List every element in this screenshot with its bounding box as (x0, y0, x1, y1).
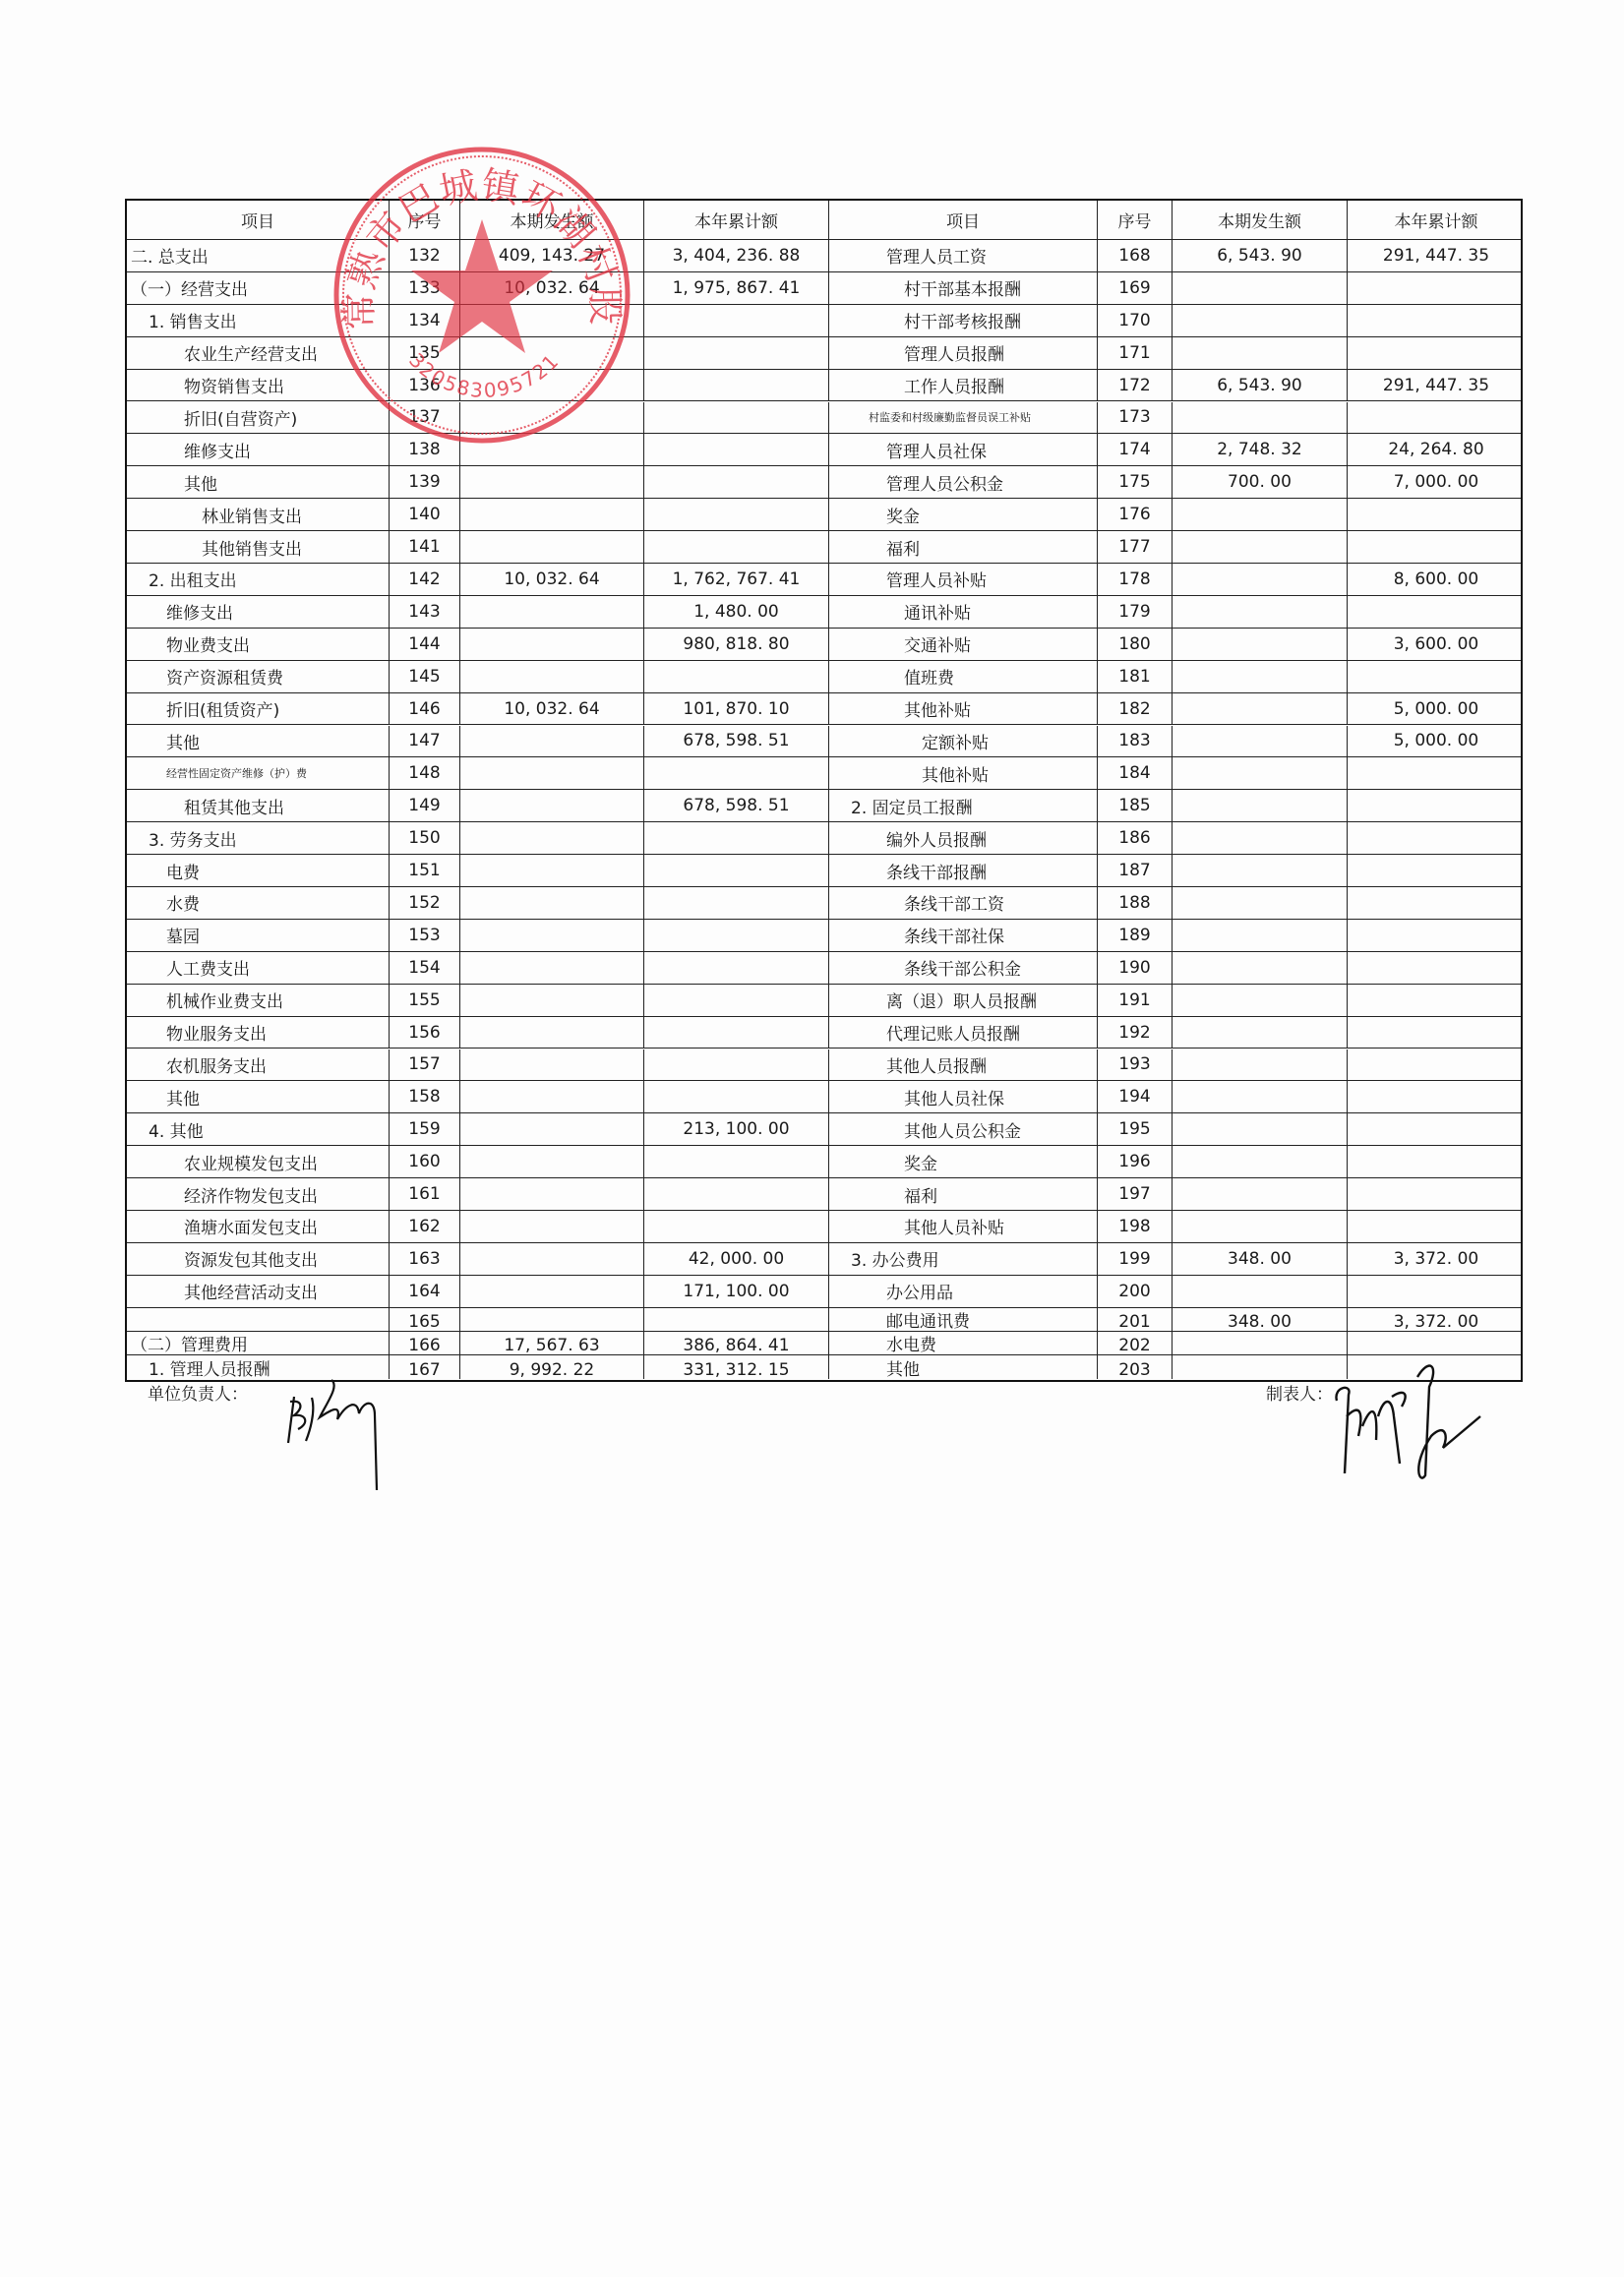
left-line-no: 167 (390, 1355, 460, 1379)
left-line-no: 134 (390, 305, 460, 336)
left-item: 经营性固定资产维修（护）费 (127, 757, 390, 789)
right-item: 通讯补贴 (829, 596, 1098, 628)
left-ytd-amount: 331, 312. 15 (644, 1355, 829, 1379)
left-ytd-amount (644, 531, 829, 563)
right-item: 工作人员报酬 (829, 370, 1098, 401)
right-ytd-amount: 8, 600. 00 (1348, 564, 1525, 595)
right-ytd-amount (1348, 596, 1525, 628)
left-item: 其他经营活动支出 (127, 1276, 390, 1307)
left-ytd-amount (644, 920, 829, 951)
left-line-no: 165 (390, 1308, 460, 1331)
table-row: 资源发包其他支出16342, 000. 003. 办公费用199348. 003… (127, 1243, 1521, 1276)
table-header-row: 项目序号本期发生额本年累计额项目序号本期发生额本年累计额 (127, 201, 1521, 240)
left-ytd-amount (644, 1049, 829, 1081)
right-current-amount (1173, 305, 1348, 336)
left-ytd-amount (644, 822, 829, 854)
document-page: 项目序号本期发生额本年累计额项目序号本期发生额本年累计额 二. 总支出13240… (0, 0, 1624, 2277)
table-row: 林业销售支出140奖金176 (127, 499, 1521, 531)
table-row: 2. 出租支出14210, 032. 641, 762, 767. 41管理人员… (127, 564, 1521, 596)
right-ytd-amount (1348, 531, 1525, 563)
left-item: 其他 (127, 726, 390, 757)
right-ytd-amount (1348, 1113, 1525, 1145)
left-current-amount (460, 1081, 644, 1112)
right-current-amount (1173, 855, 1348, 886)
table-row: （二）管理费用16617, 567. 63386, 864. 41水电费202 (127, 1332, 1521, 1355)
right-item: 管理人员工资 (829, 240, 1098, 271)
left-item: 其他销售支出 (127, 531, 390, 563)
left-line-no: 160 (390, 1146, 460, 1177)
right-ytd-amount (1348, 1178, 1525, 1210)
right-current-amount (1173, 952, 1348, 984)
left-line-no: 154 (390, 952, 460, 984)
right-ytd-amount (1348, 952, 1525, 984)
right-item: 管理人员补贴 (829, 564, 1098, 595)
table-row: 折旧(自营资产)137村监委和村级廉勤监督员误工补贴173 (127, 402, 1521, 435)
left-item: 折旧(租赁资产) (127, 693, 390, 725)
left-line-no: 153 (390, 920, 460, 951)
left-item: 资源发包其他支出 (127, 1243, 390, 1275)
right-ytd-amount (1348, 985, 1525, 1016)
right-ytd-amount (1348, 337, 1525, 369)
right-line-no: 177 (1098, 531, 1173, 563)
right-line-no: 199 (1098, 1243, 1173, 1275)
table-row: 物资销售支出136工作人员报酬1726, 543. 90291, 447. 35 (127, 370, 1521, 402)
table-row: 经营性固定资产维修（护）费148其他补贴184 (127, 757, 1521, 790)
left-current-amount (460, 1276, 644, 1307)
right-line-no: 203 (1098, 1355, 1173, 1379)
left-item: 2. 出租支出 (127, 564, 390, 595)
table-row: 人工费支出154条线干部公积金190 (127, 952, 1521, 985)
left-item: 渔塘水面发包支出 (127, 1211, 390, 1242)
right-item: 3. 办公费用 (829, 1243, 1098, 1275)
left-line-no: 141 (390, 531, 460, 563)
right-line-no: 185 (1098, 790, 1173, 821)
left-ytd-amount: 42, 000. 00 (644, 1243, 829, 1275)
right-line-no: 192 (1098, 1017, 1173, 1049)
left-current-amount: 9, 992. 22 (460, 1355, 644, 1379)
left-line-no: 137 (390, 402, 460, 434)
right-current-amount (1173, 693, 1348, 725)
right-ytd-amount (1348, 1146, 1525, 1177)
right-ytd-amount (1348, 790, 1525, 821)
left-line-no: 148 (390, 757, 460, 789)
left-ytd-amount: 1, 975, 867. 41 (644, 272, 829, 304)
left-line-no: 144 (390, 629, 460, 660)
right-ytd-amount (1348, 272, 1525, 304)
table-row: 其他销售支出141福利177 (127, 531, 1521, 564)
right-current-amount (1173, 1049, 1348, 1081)
table-row: 折旧(租赁资产)14610, 032. 64101, 870. 10其他补贴18… (127, 693, 1521, 726)
right-line-no: 184 (1098, 757, 1173, 789)
left-line-no: 164 (390, 1276, 460, 1307)
left-current-amount (460, 661, 644, 692)
right-line-no: 179 (1098, 596, 1173, 628)
left-ytd-amount (644, 661, 829, 692)
right-current-amount (1173, 596, 1348, 628)
right-item: 离（退）职人员报酬 (829, 985, 1098, 1016)
right-item: 其他补贴 (829, 757, 1098, 789)
table-row: 3. 劳务支出150编外人员报酬186 (127, 822, 1521, 855)
table-row: 农业规模发包支出160奖金196 (127, 1146, 1521, 1178)
right-item: 条线干部报酬 (829, 855, 1098, 886)
left-ytd-amount: 1, 480. 00 (644, 596, 829, 628)
right-current-amount (1173, 1146, 1348, 1177)
left-ytd-amount (644, 887, 829, 919)
right-current-amount (1173, 985, 1348, 1016)
right-current-amount: 348. 00 (1173, 1308, 1348, 1331)
right-line-no: 190 (1098, 952, 1173, 984)
right-item: 村监委和村级廉勤监督员误工补贴 (829, 402, 1098, 434)
right-line-no: 173 (1098, 402, 1173, 434)
left-line-no: 155 (390, 985, 460, 1016)
table-row: 维修支出138管理人员社保1742, 748. 3224, 264. 80 (127, 434, 1521, 466)
left-ytd-amount (644, 466, 829, 498)
right-current-amount (1173, 1355, 1348, 1379)
table-row: 165邮电通讯费201348. 003, 372. 00 (127, 1308, 1521, 1332)
table-row: 水费152条线干部工资188 (127, 887, 1521, 920)
right-ytd-amount (1348, 822, 1525, 854)
right-item: 福利 (829, 1178, 1098, 1210)
right-item: 福利 (829, 531, 1098, 563)
left-current-amount (460, 1146, 644, 1177)
right-ytd-amount: 5, 000. 00 (1348, 726, 1525, 757)
left-item: 1. 管理人员报酬 (127, 1355, 390, 1379)
left-ytd-amount: 213, 100. 00 (644, 1113, 829, 1145)
left-item: 折旧(自营资产) (127, 402, 390, 434)
left-current-amount (460, 887, 644, 919)
left-line-no: 139 (390, 466, 460, 498)
right-line-no: 181 (1098, 661, 1173, 692)
right-item: 条线干部社保 (829, 920, 1098, 951)
left-line-no: 133 (390, 272, 460, 304)
header-left-ytd: 本年累计额 (644, 201, 829, 239)
table-row: 二. 总支出132409, 143. 273, 404, 236. 88管理人员… (127, 240, 1521, 272)
left-current-amount (460, 1049, 644, 1081)
table-row: 1. 管理人员报酬1679, 992. 22331, 312. 15其他203 (127, 1355, 1521, 1379)
table-row: 其他158其他人员社保194 (127, 1081, 1521, 1113)
left-ytd-amount (644, 370, 829, 401)
right-item: 奖金 (829, 1146, 1098, 1177)
left-ytd-amount: 386, 864. 41 (644, 1332, 829, 1354)
right-current-amount (1173, 726, 1348, 757)
left-ytd-amount: 1, 762, 767. 41 (644, 564, 829, 595)
left-line-no: 142 (390, 564, 460, 595)
right-line-no: 197 (1098, 1178, 1173, 1210)
left-current-amount (460, 434, 644, 465)
left-line-no: 143 (390, 596, 460, 628)
right-line-no: 196 (1098, 1146, 1173, 1177)
right-current-amount (1173, 629, 1348, 660)
header-left-current: 本期发生额 (460, 201, 644, 239)
left-line-no: 135 (390, 337, 460, 369)
left-line-no: 140 (390, 499, 460, 530)
right-item: 村干部基本报酬 (829, 272, 1098, 304)
right-item: 值班费 (829, 661, 1098, 692)
left-line-no: 138 (390, 434, 460, 465)
table-row: 农机服务支出157其他人员报酬193 (127, 1049, 1521, 1082)
header-left-item: 项目 (127, 201, 390, 239)
right-ytd-amount (1348, 1081, 1525, 1112)
right-item: 交通补贴 (829, 629, 1098, 660)
left-ytd-amount (644, 855, 829, 886)
left-item: 物业服务支出 (127, 1017, 390, 1049)
left-ytd-amount (644, 402, 829, 434)
left-current-amount (460, 985, 644, 1016)
left-current-amount (460, 466, 644, 498)
table-row: 农业生产经营支出135管理人员报酬171 (127, 337, 1521, 370)
left-line-no: 150 (390, 822, 460, 854)
left-ytd-amount (644, 985, 829, 1016)
left-current-amount (460, 952, 644, 984)
left-item: 二. 总支出 (127, 240, 390, 271)
left-item: 维修支出 (127, 596, 390, 628)
left-current-amount: 409, 143. 27 (460, 240, 644, 271)
right-current-amount (1173, 402, 1348, 434)
left-ytd-amount (644, 1211, 829, 1242)
left-line-no: 151 (390, 855, 460, 886)
left-line-no: 145 (390, 661, 460, 692)
left-item: 农机服务支出 (127, 1049, 390, 1081)
left-ytd-amount: 171, 100. 00 (644, 1276, 829, 1307)
right-ytd-amount: 24, 264. 80 (1348, 434, 1525, 465)
left-line-no: 157 (390, 1049, 460, 1081)
right-current-amount (1173, 1113, 1348, 1145)
left-line-no: 158 (390, 1081, 460, 1112)
header-left-no: 序号 (390, 201, 460, 239)
table-row: 渔塘水面发包支出162其他人员补贴198 (127, 1211, 1521, 1243)
left-item: 其他 (127, 466, 390, 498)
right-current-amount (1173, 920, 1348, 951)
left-line-no: 149 (390, 790, 460, 821)
left-item: 4. 其他 (127, 1113, 390, 1145)
table-row: 其他139管理人员公积金175700. 007, 000. 00 (127, 466, 1521, 499)
right-item: 其他人员社保 (829, 1081, 1098, 1112)
table-row: 机械作业费支出155离（退）职人员报酬191 (127, 985, 1521, 1017)
left-item: 农业生产经营支出 (127, 337, 390, 369)
left-line-no: 161 (390, 1178, 460, 1210)
right-line-no: 174 (1098, 434, 1173, 465)
left-ytd-amount: 3, 404, 236. 88 (644, 240, 829, 271)
left-ytd-amount (644, 305, 829, 336)
left-current-amount (460, 370, 644, 401)
left-current-amount (460, 822, 644, 854)
right-current-amount (1173, 1081, 1348, 1112)
left-current-amount (460, 1243, 644, 1275)
right-item: 其他补贴 (829, 693, 1098, 725)
left-ytd-amount: 678, 598. 51 (644, 726, 829, 757)
preparer-label: 制表人： (1266, 1380, 1333, 1405)
left-ytd-amount (644, 337, 829, 369)
left-item: 经济作物发包支出 (127, 1178, 390, 1210)
right-current-amount (1173, 1017, 1348, 1049)
right-item: 2. 固定员工报酬 (829, 790, 1098, 821)
right-item: 管理人员报酬 (829, 337, 1098, 369)
expenditure-table: 项目序号本期发生额本年累计额项目序号本期发生额本年累计额 二. 总支出13240… (125, 199, 1523, 1382)
left-current-amount (460, 499, 644, 530)
left-current-amount (460, 337, 644, 369)
right-current-amount (1173, 531, 1348, 563)
right-ytd-amount: 3, 372. 00 (1348, 1308, 1525, 1331)
header-right-no: 序号 (1098, 201, 1173, 239)
left-current-amount: 10, 032. 64 (460, 693, 644, 725)
left-current-amount (460, 790, 644, 821)
right-ytd-amount (1348, 499, 1525, 530)
left-line-no: 156 (390, 1017, 460, 1049)
right-current-amount (1173, 1332, 1348, 1354)
left-line-no: 159 (390, 1113, 460, 1145)
right-item: 其他人员补贴 (829, 1211, 1098, 1242)
right-current-amount (1173, 499, 1348, 530)
right-current-amount (1173, 1211, 1348, 1242)
left-line-no: 146 (390, 693, 460, 725)
left-item: （一）经营支出 (127, 272, 390, 304)
left-current-amount: 17, 567. 63 (460, 1332, 644, 1354)
left-current-amount (460, 629, 644, 660)
left-item: 物资销售支出 (127, 370, 390, 401)
right-item: 其他 (829, 1355, 1098, 1379)
right-item: 代理记账人员报酬 (829, 1017, 1098, 1049)
right-line-no: 169 (1098, 272, 1173, 304)
right-current-amount: 348. 00 (1173, 1243, 1348, 1275)
right-line-no: 189 (1098, 920, 1173, 951)
table-row: 物业费支出144980, 818. 80交通补贴1803, 600. 00 (127, 629, 1521, 661)
right-ytd-amount (1348, 1355, 1525, 1379)
right-line-no: 187 (1098, 855, 1173, 886)
right-ytd-amount (1348, 920, 1525, 951)
right-line-no: 186 (1098, 822, 1173, 854)
left-item: 机械作业费支出 (127, 985, 390, 1016)
right-item: 条线干部工资 (829, 887, 1098, 919)
right-line-no: 202 (1098, 1332, 1173, 1354)
left-current-amount (460, 757, 644, 789)
right-line-no: 175 (1098, 466, 1173, 498)
right-item: 办公用品 (829, 1276, 1098, 1307)
right-current-amount: 700. 00 (1173, 466, 1348, 498)
right-item: 邮电通讯费 (829, 1308, 1098, 1331)
left-ytd-amount (644, 1017, 829, 1049)
right-item: 管理人员公积金 (829, 466, 1098, 498)
right-ytd-amount (1348, 1332, 1525, 1354)
right-line-no: 191 (1098, 985, 1173, 1016)
left-current-amount (460, 1178, 644, 1210)
left-ytd-amount: 678, 598. 51 (644, 790, 829, 821)
right-current-amount: 2, 748. 32 (1173, 434, 1348, 465)
left-item: 租赁其他支出 (127, 790, 390, 821)
table-row: 4. 其他159213, 100. 00其他人员公积金195 (127, 1113, 1521, 1146)
header-right-current: 本期发生额 (1173, 201, 1348, 239)
right-ytd-amount (1348, 1211, 1525, 1242)
right-current-amount (1173, 661, 1348, 692)
table-row: 资产资源租赁费145值班费181 (127, 661, 1521, 693)
right-line-no: 172 (1098, 370, 1173, 401)
left-current-amount (460, 1211, 644, 1242)
left-ytd-amount (644, 1081, 829, 1112)
left-item: 电费 (127, 855, 390, 886)
right-ytd-amount (1348, 1049, 1525, 1081)
left-ytd-amount: 101, 870. 10 (644, 693, 829, 725)
right-current-amount (1173, 822, 1348, 854)
left-ytd-amount (644, 757, 829, 789)
left-item: 林业销售支出 (127, 499, 390, 530)
right-current-amount (1173, 337, 1348, 369)
left-current-amount: 10, 032. 64 (460, 272, 644, 304)
left-line-no: 132 (390, 240, 460, 271)
right-item: 编外人员报酬 (829, 822, 1098, 854)
left-item: 农业规模发包支出 (127, 1146, 390, 1177)
right-line-no: 180 (1098, 629, 1173, 660)
right-ytd-amount (1348, 1276, 1525, 1307)
right-line-no: 193 (1098, 1049, 1173, 1081)
left-item: 其他 (127, 1081, 390, 1112)
left-item: 水费 (127, 887, 390, 919)
right-line-no: 182 (1098, 693, 1173, 725)
left-line-no: 163 (390, 1243, 460, 1275)
right-item: 其他人员报酬 (829, 1049, 1098, 1081)
right-item: 定额补贴 (829, 726, 1098, 757)
right-ytd-amount (1348, 305, 1525, 336)
right-ytd-amount: 7, 000. 00 (1348, 466, 1525, 498)
right-line-no: 195 (1098, 1113, 1173, 1145)
header-right-item: 项目 (829, 201, 1098, 239)
table-row: （一）经营支出13310, 032. 641, 975, 867. 41村干部基… (127, 272, 1521, 305)
left-line-no: 152 (390, 887, 460, 919)
left-item: 墓园 (127, 920, 390, 951)
left-ytd-amount (644, 1178, 829, 1210)
left-item (127, 1308, 390, 1331)
unit-head-label: 单位负责人： (148, 1380, 248, 1405)
right-ytd-amount: 5, 000. 00 (1348, 693, 1525, 725)
left-line-no: 166 (390, 1332, 460, 1354)
left-ytd-amount (644, 434, 829, 465)
right-line-no: 170 (1098, 305, 1173, 336)
right-ytd-amount (1348, 757, 1525, 789)
right-line-no: 201 (1098, 1308, 1173, 1331)
right-current-amount (1173, 757, 1348, 789)
right-current-amount: 6, 543. 90 (1173, 240, 1348, 271)
right-line-no: 176 (1098, 499, 1173, 530)
right-ytd-amount (1348, 661, 1525, 692)
left-current-amount (460, 596, 644, 628)
right-line-no: 171 (1098, 337, 1173, 369)
right-current-amount (1173, 1178, 1348, 1210)
right-current-amount (1173, 1276, 1348, 1307)
left-current-amount (460, 1017, 644, 1049)
right-item: 村干部考核报酬 (829, 305, 1098, 336)
left-ytd-amount (644, 499, 829, 530)
right-ytd-amount: 291, 447. 35 (1348, 370, 1525, 401)
right-item: 其他人员公积金 (829, 1113, 1098, 1145)
right-ytd-amount (1348, 855, 1525, 886)
right-ytd-amount: 3, 372. 00 (1348, 1243, 1525, 1275)
left-ytd-amount (644, 1146, 829, 1177)
right-current-amount (1173, 272, 1348, 304)
left-ytd-amount: 980, 818. 80 (644, 629, 829, 660)
left-current-amount (460, 726, 644, 757)
right-item: 管理人员社保 (829, 434, 1098, 465)
left-line-no: 136 (390, 370, 460, 401)
left-line-no: 162 (390, 1211, 460, 1242)
left-item: 物业费支出 (127, 629, 390, 660)
right-current-amount: 6, 543. 90 (1173, 370, 1348, 401)
left-item: （二）管理费用 (127, 1332, 390, 1354)
table-row: 经济作物发包支出161福利197 (127, 1178, 1521, 1211)
right-ytd-amount: 3, 600. 00 (1348, 629, 1525, 660)
left-line-no: 147 (390, 726, 460, 757)
right-line-no: 183 (1098, 726, 1173, 757)
right-line-no: 178 (1098, 564, 1173, 595)
right-item: 奖金 (829, 499, 1098, 530)
right-line-no: 168 (1098, 240, 1173, 271)
